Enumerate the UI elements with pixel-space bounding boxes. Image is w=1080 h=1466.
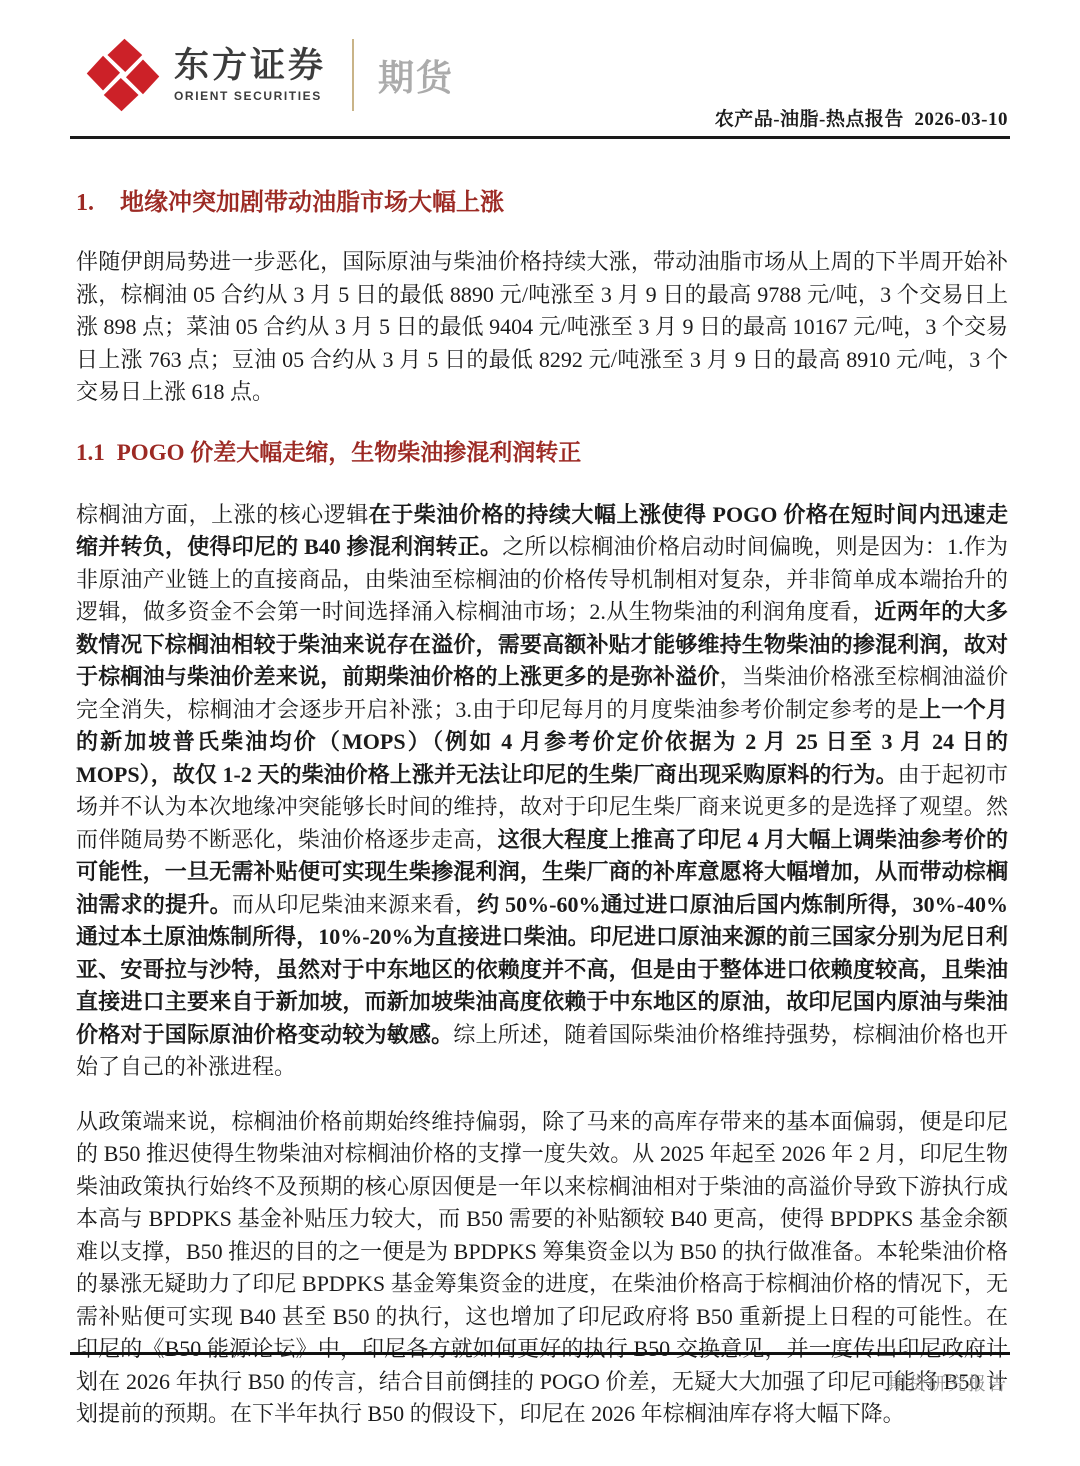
header-logo-block: 东方证券 ORIENT SECURITIES 期货	[86, 38, 454, 112]
page-number: 3	[0, 1368, 968, 1389]
section-1-number: 1.	[76, 188, 120, 218]
paragraph-pogo-logic: 棕榈油方面，上涨的核心逻辑在于柴油价格的持续大幅上涨使得 POGO 价格在短时间…	[76, 499, 1008, 1084]
orient-securities-logo-icon	[86, 38, 160, 112]
brand-name-en: ORIENT SECURITIES	[174, 88, 326, 104]
brand-name-cn: 东方证券	[174, 46, 326, 86]
section-1-1-title: POGO 价差大幅走缩，生物柴油掺混利润转正	[117, 440, 581, 465]
header-divider	[352, 39, 354, 111]
text-run: 伴随伊朗局势进一步恶化，国际原油与柴油价格持续大涨，带动油脂市场从上周的下半周开…	[76, 249, 1008, 404]
section-1-heading: 1.地缘冲突加剧带动油脂市场大幅上涨	[76, 188, 1008, 218]
section-1-1-number: 1.1	[76, 439, 105, 467]
brand-text-block: 东方证券 ORIENT SECURITIES	[174, 46, 326, 104]
division-label: 期货	[378, 50, 454, 101]
footer-rule	[70, 1352, 1010, 1355]
header-rule	[70, 136, 1010, 139]
paragraph-market-rally: 伴随伊朗局势进一步恶化，国际原油与柴油价格持续大涨，带动油脂市场从上周的下半周开…	[76, 246, 1008, 409]
section-1-title: 地缘冲突加剧带动油脂市场大幅上涨	[120, 190, 504, 216]
section-1-1-heading: 1.1POGO 价差大幅走缩，生物柴油掺混利润转正	[76, 439, 1008, 467]
report-page: 东方证券 ORIENT SECURITIES 期货 农产品-油脂-热点报告 20…	[0, 0, 1080, 1466]
report-meta: 农产品-油脂-热点报告 2026-03-10	[715, 104, 1008, 131]
footer-report-type-label: 期货研究报告	[888, 1370, 1008, 1396]
text-run: 棕榈油方面，上涨的核心逻辑	[76, 502, 369, 527]
text-run: 而从印尼柴油来源来看，	[232, 892, 477, 917]
report-content: 1.地缘冲突加剧带动油脂市场大幅上涨 伴随伊朗局势进一步恶化，国际原油与柴油价格…	[76, 188, 1008, 1453]
